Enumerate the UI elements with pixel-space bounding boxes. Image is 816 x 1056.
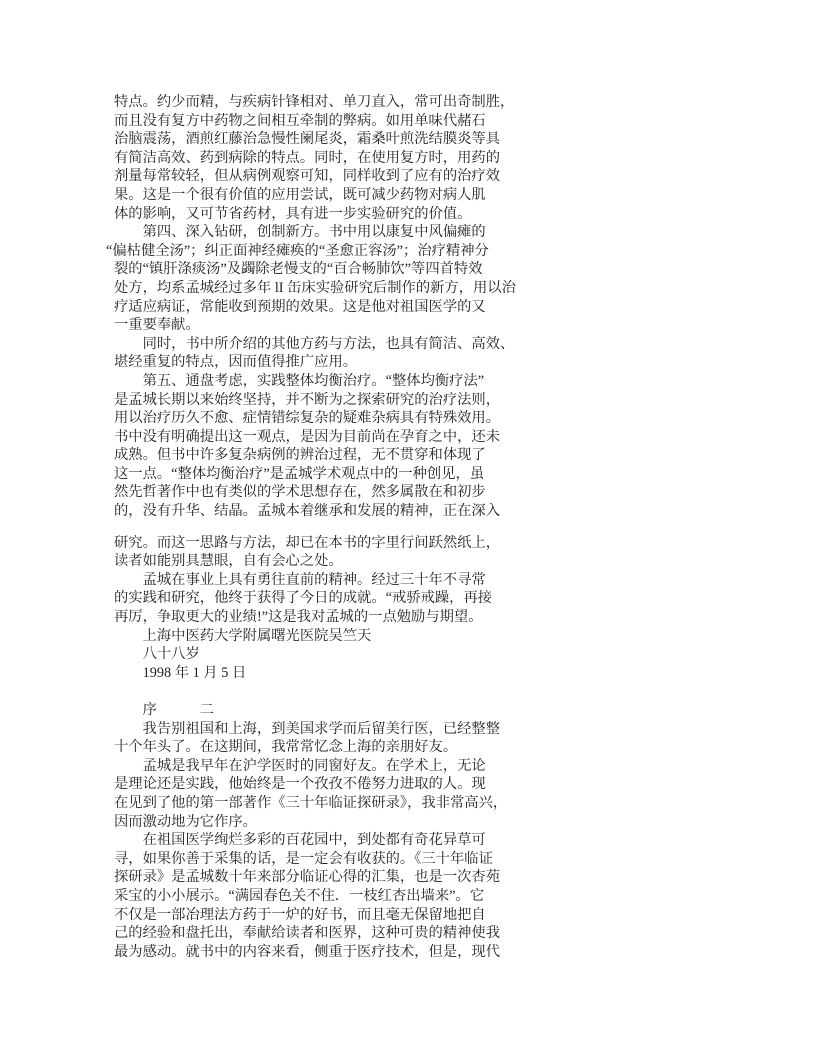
text-line: 这一点。“整体均衡治疗”是孟城学术观点中的一种创见，虽 bbox=[114, 465, 544, 484]
text-line: 是理论还是实践，他始终是一个孜孜不倦努力进取的人。现 bbox=[114, 775, 544, 794]
text-line: 再厉，争取更大的业绩!”这是我对孟城的一点勉励与期望。 bbox=[114, 608, 544, 627]
text-line: 在祖国医学绚烂多彩的百花园中，到处都有奇花异草可 bbox=[114, 831, 544, 850]
text-line: 十个年头了。在这期间，我常常忆念上海的亲朋好友。 bbox=[114, 738, 544, 757]
text-line: 治脑震荡，酒煎红藤治急慢性阑尾炎，霜桑叶煎洗结膜炎等具 bbox=[114, 130, 544, 149]
text-line: 一重要奉献。 bbox=[114, 316, 544, 335]
text-line: 采宝的小小展示。“满园春色关不住．一枝红杏出墙来”。它 bbox=[114, 887, 544, 906]
text-line: 有简洁高效、药到病除的特点。同时，在使用复方时，用药的 bbox=[114, 149, 544, 168]
text-line: 探研录》是孟城数十年来部分临证心得的汇集，也是一次杏苑 bbox=[114, 868, 544, 887]
text-line: “偏枯健全汤”；纠正面神经瘫痪的“圣愈正容汤”；治疗精神分 bbox=[106, 242, 544, 261]
text-line: 第四、深入钻研，创制新方。书中用以康复中风偏瘫的 bbox=[114, 223, 544, 242]
text-line: 孟城是我早年在沪学医时的同窗好友。在学术上，无论 bbox=[114, 757, 544, 776]
text-line: 然先哲著作中也有类似的学术思想存在，然多属散在和初步 bbox=[114, 483, 544, 502]
text-line: 因而激动地为它作序。 bbox=[114, 813, 544, 832]
text-line: 同时，书中所介绍的其他方药与方法，也具有简洁、高效、 bbox=[114, 335, 544, 354]
document-page: 特点。约少而精，与疾病针锋相对、单刀直入，常可出奇制胜，而且没有复方中药物之间相… bbox=[0, 0, 816, 1056]
text-line: 疗适应病证，常能收到预期的效果。这是他对祖国医学的又 bbox=[114, 298, 544, 317]
text-line: 不仅是一部冶理法方药于一炉的好书，而且毫无保留地把自 bbox=[114, 906, 544, 925]
text-line: 书中没有明确提出这一观点，是因为目前尚在孕育之中，还未 bbox=[114, 428, 544, 447]
text-line: 寻，如果你善于采集的话，是一定会有收获的。《三十年临证 bbox=[114, 850, 544, 869]
text-line: 的实践和研究，他终于获得了今日的成就。“戒骄戒躁，再接 bbox=[114, 589, 544, 608]
page-text-column: 特点。约少而精，与疾病针锋相对、单刀直入，常可出奇制胜，而且没有复方中药物之间相… bbox=[114, 93, 544, 961]
text-line: 裂的“镇肝涤痰汤”及蠲除老慢支的“百合畅肺饮”等四首特效 bbox=[114, 260, 544, 279]
text-line: 1998 年 1 月 5 日 bbox=[114, 664, 544, 683]
text-line: 我告别祖国和上海，到美国求学而后留美行医，已经整整 bbox=[114, 720, 544, 739]
text-line: 成熟。但书中许多复杂病例的辨治过程，无不贯穿和体现了 bbox=[114, 446, 544, 465]
text-line: 在见到了他的第一部著作《三十年临证探研录》，我非常高兴， bbox=[114, 794, 544, 813]
text-line: 最为感动。就书中的内容来看，侧重于医疗技术，但是，现代 bbox=[114, 943, 544, 962]
text-line: 堪经重复的特点，因而值得推广应用。 bbox=[114, 353, 544, 372]
text-line: 剂量每常较轻，但从病例观察可知，同样收到了应有的治疗效 bbox=[114, 167, 544, 186]
text-line: 而且没有复方中药物之间相互牵制的弊病。如用单味代赭石 bbox=[114, 112, 544, 131]
text-line: 是孟城长期以来始终坚持，并不断为之探索研究的治疗法则， bbox=[114, 391, 544, 410]
text-line: 果。这是一个很有价值的应用尝试，既可减少药物对病人肌 bbox=[114, 186, 544, 205]
text-line: 处方，均系孟城经过多年 lI 缶床实验研究后制作的新方，用以治 bbox=[114, 279, 544, 298]
text-line: 特点。约少而精，与疾病针锋相对、单刀直入，常可出奇制胜， bbox=[114, 93, 544, 112]
text-line: 己的经验和盘托出，奉献给读者和医界，这种可贵的精神使我 bbox=[114, 924, 544, 943]
text-line: 第五、通盘考虑，实践整体均衡治疗。“整体均衡疗法” bbox=[114, 372, 544, 391]
text-line: 序 二 bbox=[114, 701, 544, 720]
text-line: 孟城在事业上具有勇往直前的精神。经过三十年不寻常 bbox=[114, 571, 544, 590]
text-line: 读者如能别具慧眼，自有会心之处。 bbox=[114, 552, 544, 571]
text-line: 八十八岁 bbox=[114, 645, 544, 664]
text-line: 用以治疗历久不愈、症情错综复杂的疑难杂病具有特殊效用。 bbox=[114, 409, 544, 428]
text-line: 研究。而这一思路与方法，却已在本书的字里行间跃然纸上， bbox=[114, 534, 544, 553]
text-line: 的，没有升华、结晶。孟城本着继承和发展的精神，正在深入 bbox=[114, 502, 544, 521]
text-line: 上海中医药大学附属曙光医院吴竺天 bbox=[114, 627, 544, 646]
blank-line bbox=[114, 682, 544, 701]
text-line: 体的影响，又可节省药材，具有进一步实验研究的价值。 bbox=[114, 205, 544, 224]
